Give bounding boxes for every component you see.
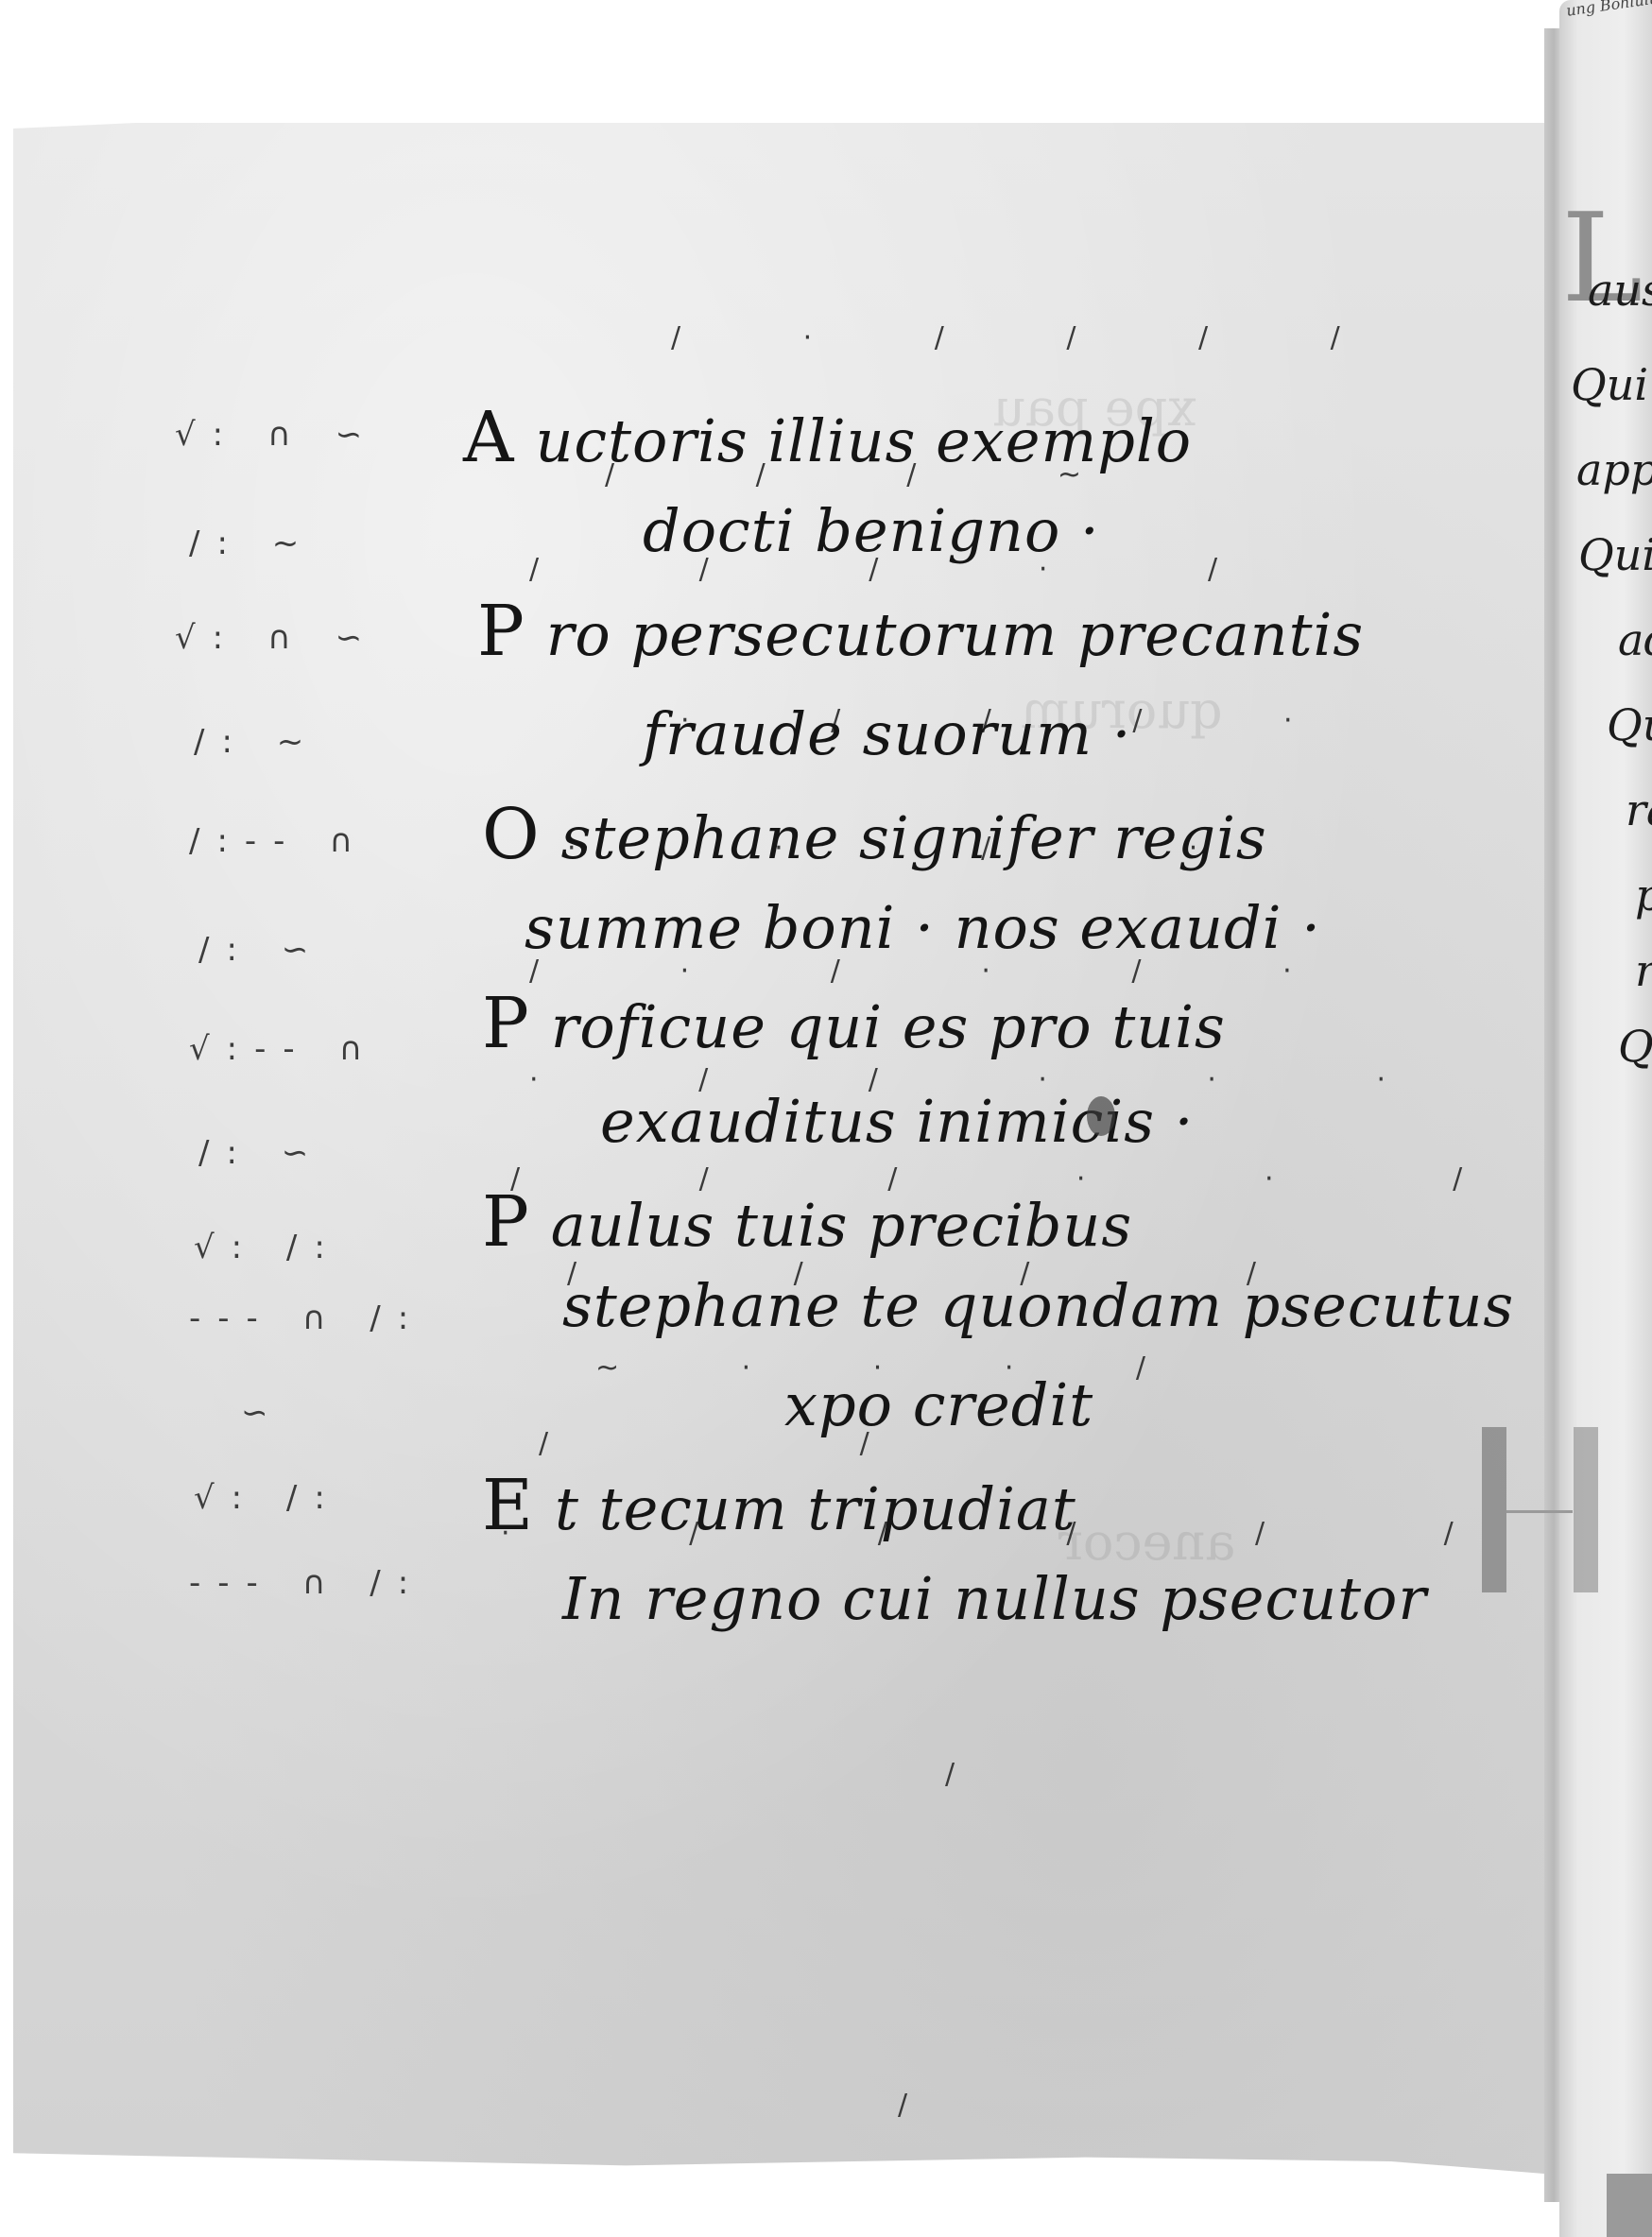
text-line-6: summe boni · nos exaudi · — [525, 893, 1321, 962]
line-text: aulus tuis precibus — [551, 1191, 1132, 1260]
neume-row: / · / / / / — [671, 321, 1397, 354]
facing-line: p — [1635, 869, 1652, 921]
margin-neume: √: /: — [194, 1479, 342, 1517]
line-text: ro persecutorum precantis — [546, 600, 1364, 669]
line-text: In regno cui nullus psecutor — [562, 1564, 1427, 1633]
margin-neume: √: ∩ ∽ — [175, 619, 379, 657]
margin-neume: √: ∩ ∽ — [175, 416, 379, 454]
initial-letter: P — [482, 983, 530, 1064]
line-text: stephane signifer regis — [561, 803, 1267, 872]
text-line-13: In regno cui nullus psecutor — [562, 1564, 1427, 1633]
line-text: roficue qui es pro tuis — [551, 992, 1226, 1061]
line-text: t tecum tripudiat — [555, 1474, 1076, 1543]
ink-stain — [1087, 1096, 1115, 1136]
facing-line: n — [1635, 945, 1652, 996]
text-line-9: Paulus tuis precibus — [482, 1181, 1132, 1263]
facing-line: appa — [1576, 444, 1652, 495]
margin-neume: ∽ — [241, 1394, 285, 1432]
margin-neume: √: /: — [194, 1229, 342, 1266]
binding-stub — [1607, 2174, 1652, 2237]
text-line-1: Auctoris illius exemplo — [463, 397, 1192, 478]
text-line-10: stephane te quondam psecutus — [562, 1271, 1514, 1340]
rubric-crossbar — [1506, 1510, 1573, 1513]
initial-letter: A — [463, 397, 514, 478]
line-text: summe boni · nos exaudi · — [525, 893, 1321, 962]
facing-page — [1559, 0, 1652, 2237]
rubric-initial — [1574, 1427, 1598, 1592]
initial-letter: P — [482, 1181, 530, 1263]
initial-letter: O — [482, 794, 541, 875]
text-line-5: Ostephane signifer regis — [482, 794, 1267, 875]
initial-letter: P — [477, 591, 525, 672]
facing-line: Qui c — [1578, 529, 1652, 580]
margin-neume: /:-- ∩ — [189, 822, 370, 860]
margin-neume: /: ~ — [189, 525, 316, 562]
line-text: uctoris illius exemplo — [535, 406, 1192, 475]
line-text: stephane te quondam psecutus — [562, 1271, 1514, 1340]
text-line-2: docti benigno · — [643, 496, 1100, 565]
facing-line: aus — [1588, 265, 1652, 316]
stray-mark: / — [945, 1758, 964, 1791]
text-line-12: Et tecum tripudiat — [482, 1465, 1076, 1546]
margin-neume: /: ∽ — [198, 931, 325, 969]
text-line-11: xpo credit — [784, 1370, 1093, 1439]
margin-neume: --- ∩ /: — [189, 1564, 425, 1602]
rubric-initial — [1482, 1427, 1506, 1592]
text-line-4: fraude suorum · — [643, 699, 1131, 768]
facing-line: Qu — [1618, 1021, 1652, 1072]
line-text: docti benigno · — [643, 496, 1100, 565]
margin-neume: --- ∩ /: — [189, 1299, 425, 1337]
facing-line: Qui — [1607, 699, 1652, 750]
margin-neume: /: ∽ — [198, 1134, 325, 1172]
text-line-3: Pro persecutorum precantis — [477, 591, 1364, 672]
initial-letter: E — [482, 1465, 534, 1546]
stray-mark: / — [898, 2089, 917, 2122]
line-text: xpo credit — [784, 1370, 1093, 1439]
text-line-7: Proficue qui es pro tuis — [482, 983, 1226, 1064]
margin-neume: √:-- ∩ — [189, 1030, 379, 1068]
margin-neume: /: ~ — [194, 723, 320, 761]
facing-line: ra — [1626, 784, 1652, 835]
line-text: fraude suorum · — [643, 699, 1131, 768]
facing-line: Qui hu — [1571, 359, 1652, 410]
facing-line: ad — [1618, 614, 1652, 665]
